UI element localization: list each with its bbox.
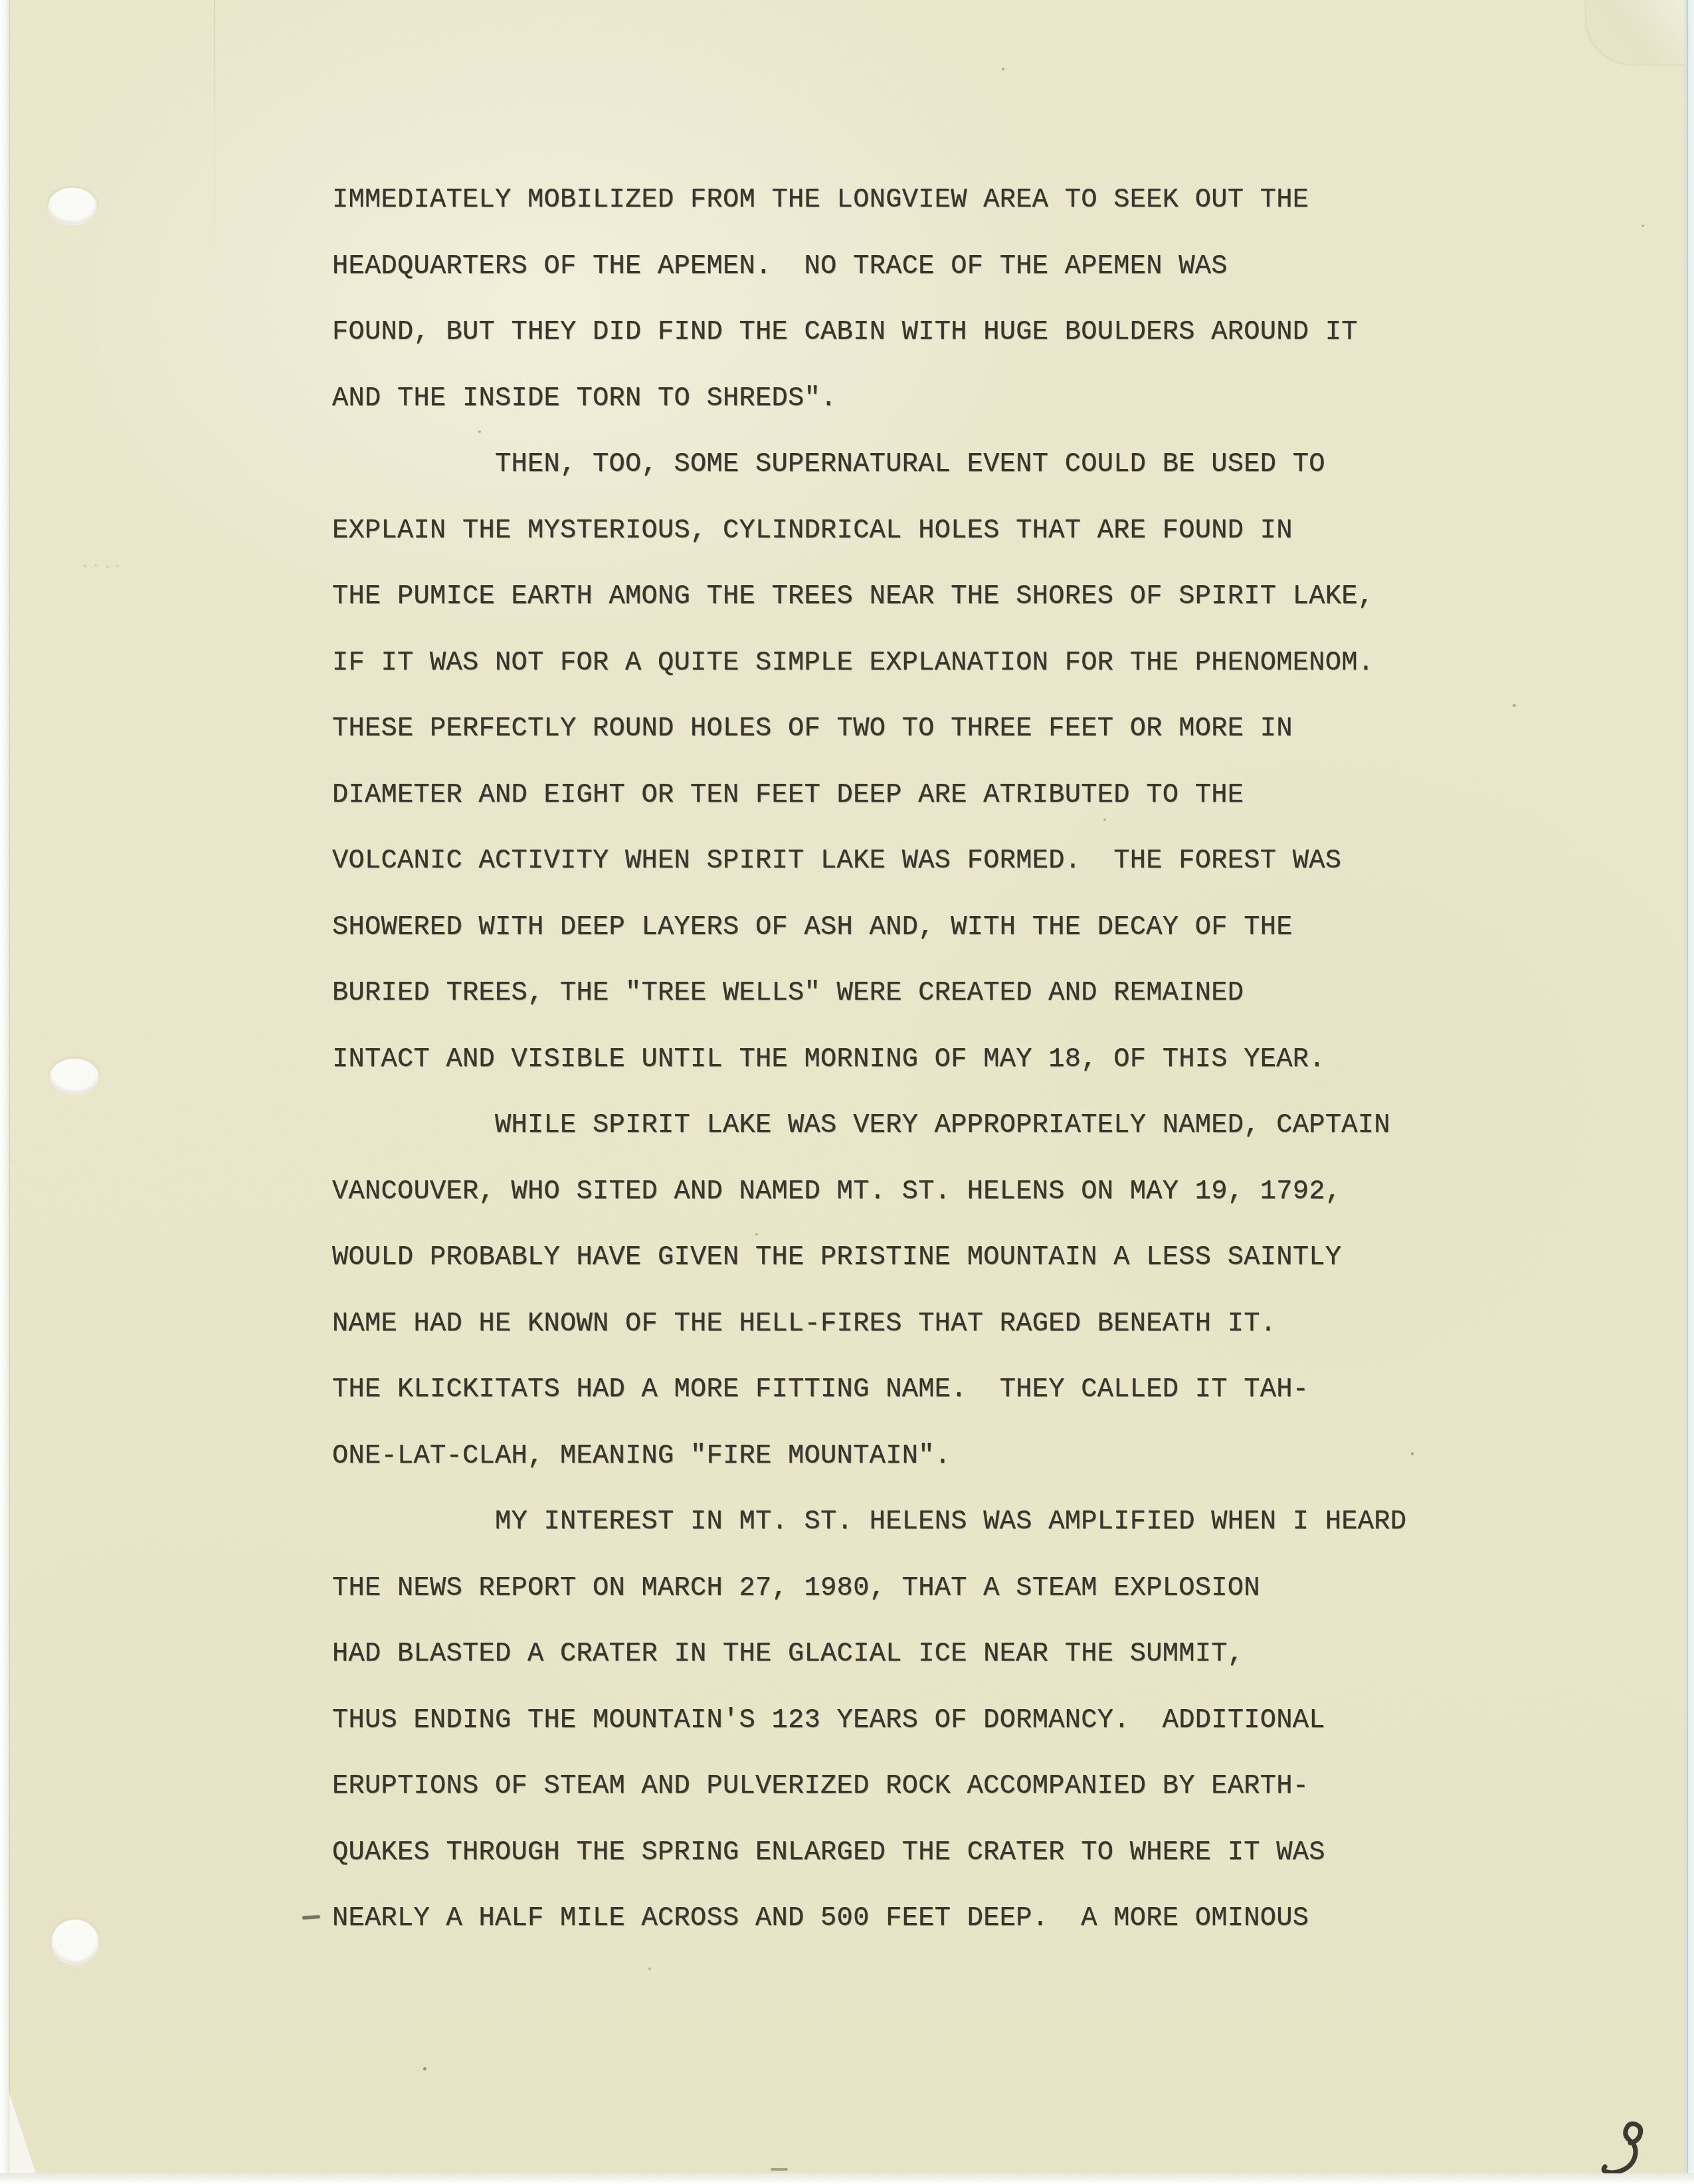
paper-speck	[478, 430, 481, 433]
typed-line: IF IT WAS NOT FOR A QUITE SIMPLE EXPLANA…	[332, 630, 1501, 697]
paper-speck	[771, 2168, 788, 2171]
paper-speck	[1002, 68, 1004, 70]
handwritten-page-number	[1597, 2116, 1654, 2180]
margin-pencil-mark	[302, 1915, 320, 1920]
typed-line: WHILE SPIRIT LAKE WAS VERY APPROPRIATELY…	[332, 1093, 1501, 1159]
typed-line: SHOWERED WITH DEEP LAYERS OF ASH AND, WI…	[332, 895, 1501, 961]
typed-text-block: IMMEDIATELY MOBILIZED FROM THE LONGVIEW …	[332, 167, 1501, 1952]
typed-line: FOUND, BUT THEY DID FIND THE CABIN WITH …	[332, 300, 1501, 366]
scan-edge-line	[1687, 0, 1688, 2184]
typed-line: AND THE INSIDE TORN TO SHREDS".	[332, 366, 1501, 432]
typed-line: ONE-LAT-CLAH, MEANING "FIRE MOUNTAIN".	[332, 1423, 1501, 1490]
typed-line: EXPLAIN THE MYSTERIOUS, CYLINDRICAL HOLE…	[332, 498, 1501, 565]
scan-edge-corner	[9, 2094, 36, 2173]
typed-line: HAD BLASTED A CRATER IN THE GLACIAL ICE …	[332, 1621, 1501, 1688]
paper-speck	[1411, 1452, 1414, 1455]
typed-line: IMMEDIATELY MOBILIZED FROM THE LONGVIEW …	[332, 167, 1501, 234]
typed-line: WOULD PROBABLY HAVE GIVEN THE PRISTINE M…	[332, 1225, 1501, 1291]
paper-speck	[1642, 225, 1644, 227]
punch-hole-bottom	[52, 1920, 98, 1963]
paper-speck	[755, 1233, 758, 1235]
document-page: IMMEDIATELY MOBILIZED FROM THE LONGVIEW …	[9, 0, 1686, 2173]
paper-speck	[1513, 704, 1516, 707]
paper-speck	[423, 2067, 426, 2070]
paper-speck	[648, 1967, 651, 1970]
paper-speck	[1103, 818, 1106, 821]
typed-line: NEARLY A HALF MILE ACROSS AND 500 FEET D…	[332, 1886, 1501, 1952]
punch-hole-top	[48, 188, 96, 224]
typed-line: VANCOUVER, WHO SITED AND NAMED MT. ST. H…	[332, 1159, 1501, 1226]
scanned-page-background: IMMEDIATELY MOBILIZED FROM THE LONGVIEW …	[0, 0, 1694, 2184]
page-corner-curl	[1586, 0, 1686, 64]
scan-edge-bottom	[0, 2173, 1694, 2184]
scan-edge-left	[0, 0, 9, 2184]
typed-line: THEN, TOO, SOME SUPERNATURAL EVENT COULD…	[332, 432, 1501, 498]
scan-edge-right	[1685, 0, 1694, 2184]
margin-smudge-mark	[81, 563, 121, 569]
typed-line: THUS ENDING THE MOUNTAIN'S 123 YEARS OF …	[332, 1688, 1501, 1754]
typed-line: ERUPTIONS OF STEAM AND PULVERIZED ROCK A…	[332, 1754, 1501, 1820]
typed-line: QUAKES THROUGH THE SPRING ENLARGED THE C…	[332, 1820, 1501, 1886]
typed-line: THE NEWS REPORT ON MARCH 27, 1980, THAT …	[332, 1556, 1501, 1622]
typed-line: THESE PERFECTLY ROUND HOLES OF TWO TO TH…	[332, 696, 1501, 763]
typed-line: NAME HAD HE KNOWN OF THE HELL-FIRES THAT…	[332, 1291, 1501, 1358]
typed-line: THE KLICKITATS HAD A MORE FITTING NAME. …	[332, 1357, 1501, 1423]
typed-line: HEADQUARTERS OF THE APEMEN. NO TRACE OF …	[332, 234, 1501, 300]
typed-line: MY INTEREST IN MT. ST. HELENS WAS AMPLIF…	[332, 1489, 1501, 1556]
punch-hole-middle	[50, 1059, 98, 1093]
typed-line: DIAMETER AND EIGHT OR TEN FEET DEEP ARE …	[332, 763, 1501, 829]
typed-line: BURIED TREES, THE "TREE WELLS" WERE CREA…	[332, 960, 1501, 1027]
paper-fold-line	[214, 0, 215, 279]
typed-line: INTACT AND VISIBLE UNTIL THE MORNING OF …	[332, 1027, 1501, 1093]
typed-line: VOLCANIC ACTIVITY WHEN SPIRIT LAKE WAS F…	[332, 828, 1501, 895]
typed-line: THE PUMICE EARTH AMONG THE TREES NEAR TH…	[332, 564, 1501, 630]
